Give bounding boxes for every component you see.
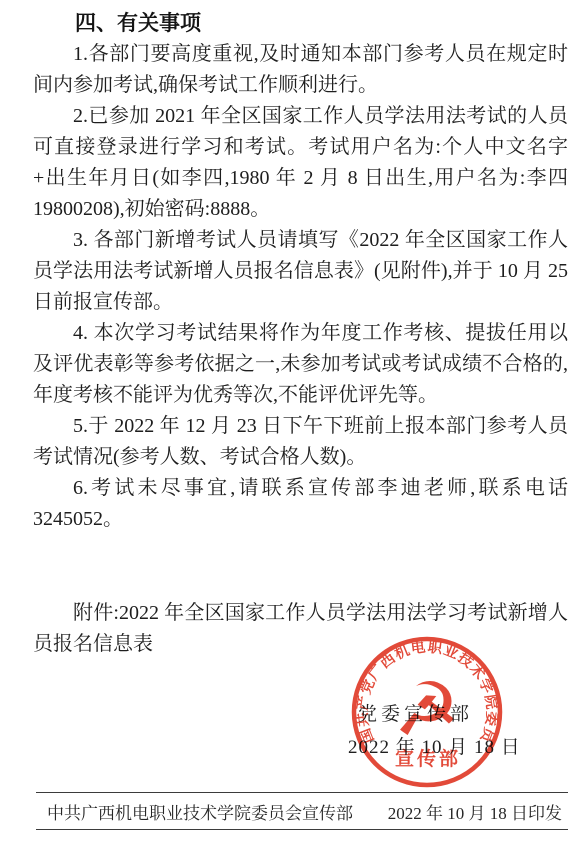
section-heading: 四、有关事项 [33,8,568,39]
paragraph-item-4: 4. 本次学习考试结果将作为年度工作考核、提拔任用以及评优表彰等参考依据之一,未… [33,318,568,411]
official-seal: 中国共产党广西机电职业技术学院委员会 ☭ 宣传部 [347,632,507,792]
hammer-sickle-icon: ☭ [394,667,460,753]
paragraph-item-3: 3. 各部门新增考试人员请填写《2022 年全区国家工作人员学法用法考试新增人员… [33,225,568,318]
document-page: 四、有关事项 1.各部门要高度重视,及时通知本部门参考人员在规定时间内参加考试,… [0,0,585,853]
document-body: 四、有关事项 1.各部门要高度重视,及时通知本部门参考人员在规定时间内参加考试,… [33,8,568,535]
paragraph-item-1: 1.各部门要高度重视,及时通知本部门参考人员在规定时间内参加考试,确保考试工作顺… [33,39,568,101]
paragraph-item-2: 2.已参加 2021 年全区国家工作人员学法用法考试的人员可直接登录进行学习和考… [33,101,568,225]
colophon-bar: 中共广西机电职业技术学院委员会宣传部 2022 年 10 月 18 日印发 [36,792,568,830]
footer-issue-date: 2022 年 10 月 18 日印发 [388,799,562,824]
footer-issuer: 中共广西机电职业技术学院委员会宣传部 [47,799,353,824]
paragraph-item-5: 5.于 2022 年 12 月 23 日下午下班前上报本部门参考人员考试情况(参… [33,411,568,473]
paragraph-item-6: 6.考试未尽事宜,请联系宣传部李迪老师,联系电话 3245052。 [33,473,568,535]
seal-bottom-text: 宣传部 [395,747,461,770]
